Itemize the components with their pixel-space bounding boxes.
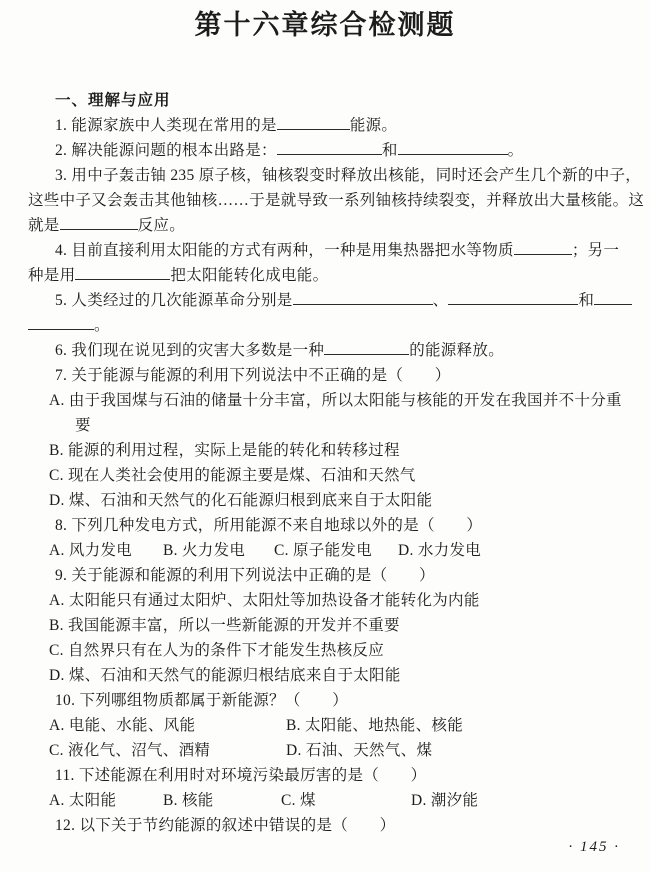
blank-field <box>60 214 138 230</box>
text-segment: 就是 <box>28 217 60 234</box>
text-segment: C. 现在人类社会使用的能源主要是煤、石油和天然气 <box>49 467 416 484</box>
text-segment: D. 煤、石油和天然气的化石能源归根到底来自于太阳能 <box>49 492 432 509</box>
question-1: 1. 能源家族中人类现在常用的是能源。 <box>55 113 642 138</box>
section-heading: 一、理解与应用 <box>55 88 642 113</box>
text-segment: 把太阳能转化成电能。 <box>170 267 328 284</box>
text-segment: 种是用 <box>28 267 75 284</box>
blank-field <box>398 139 508 155</box>
question-10-options-cd: C. 液化气、沼气、酒精D. 石油、天然气、煤 <box>49 738 642 763</box>
text-segment: 4. 目前直接利用太阳能的方式有两种，一种是用集热器把水等物质 <box>55 242 514 259</box>
blank-field <box>514 239 572 255</box>
text-segment: ；另一 <box>572 242 619 259</box>
text-segment: 12. 以下关于节约能源的叙述中错误的是（ ） <box>55 817 395 834</box>
question-6: 6. 我们现在说见到的灾害大多数是一种的能源释放。 <box>55 338 642 363</box>
text-segment: B. 太阳能、地热能、核能 <box>286 717 463 734</box>
question-3-line-1: 3. 用中子轰击铀 235 原子核，铀核裂变时释放出核能，同时还会产生几个新的中… <box>55 163 642 188</box>
text-segment: 。 <box>94 317 110 334</box>
text-segment: 、 <box>433 292 449 309</box>
option-column: C. 煤 <box>281 788 411 813</box>
question-7-option-d: D. 煤、石油和天然气的化石能源归根到底来自于太阳能 <box>49 488 642 513</box>
text-segment: 能源。 <box>350 117 397 134</box>
text-segment: 2. 解决能源问题的根本出路是： <box>55 142 277 159</box>
question-4-line-1: 4. 目前直接利用太阳能的方式有两种，一种是用集热器把水等物质；另一 <box>55 238 642 263</box>
question-9: 9. 关于能源和能源的利用下列说法中正确的是（ ） <box>55 563 642 588</box>
question-11: 11. 下述能源在利用时对环境污染最厉害的是（ ） <box>55 763 642 788</box>
question-9-option-d: D. 煤、石油和天然气的能源归根结底来自于太阳能 <box>49 663 642 688</box>
text-segment: 要 <box>75 417 91 434</box>
text-segment: B. 我国能源丰富，所以一些新能源的开发并不重要 <box>49 617 400 634</box>
question-9-option-a: A. 太阳能只有通过太阳炉、太阳灶等加热设备才能转化为内能 <box>49 588 642 613</box>
text-segment: 反应。 <box>138 217 185 234</box>
text-segment: A. 由于我国煤与石油的储量十分丰富，所以太阳能与核能的开发在我国并不十分重 <box>49 392 622 409</box>
text-segment: D. 石油、天然气、煤 <box>286 742 432 759</box>
text-segment: 6. 我们现在说见到的灾害大多数是一种 <box>55 342 324 359</box>
text-segment: 和 <box>382 142 398 159</box>
question-3-line-3: 就是反应。 <box>28 213 642 238</box>
text-segment: D. 水力发电 <box>398 542 481 559</box>
text-segment: 8. 下列几种发电方式，所用能源不来自地球以外的是（ ） <box>55 517 482 534</box>
question-10-options-ab: A. 电能、水能、风能B. 太阳能、地热能、核能 <box>49 713 642 738</box>
option-column: C. 液化气、沼气、酒精 <box>49 738 286 763</box>
text-segment: A. 太阳能只有通过太阳炉、太阳灶等加热设备才能转化为内能 <box>49 592 480 609</box>
question-5-line-1: 5. 人类经过的几次能源革命分别是、和 <box>55 288 642 313</box>
question-10: 10. 下列哪组物质都属于新能源？（ ） <box>55 688 642 713</box>
text-segment: 和 <box>578 292 594 309</box>
text-segment: 的能源释放。 <box>409 342 504 359</box>
question-7-option-a-line-2: 要 <box>75 413 642 438</box>
question-11-options: A. 太阳能B. 核能C. 煤D. 潮汐能 <box>49 788 642 813</box>
question-7-option-c: C. 现在人类社会使用的能源主要是煤、石油和天然气 <box>49 463 642 488</box>
text-segment: C. 自然界只有在人为的条件下才能发生热核反应 <box>49 642 384 659</box>
blank-field <box>28 314 94 330</box>
blank-field <box>277 139 382 155</box>
option-column: B. 火力发电 <box>163 538 274 563</box>
blank-field <box>293 289 433 305</box>
question-7-option-a-line-1: A. 由于我国煤与石油的储量十分丰富，所以太阳能与核能的开发在我国并不十分重 <box>49 388 642 413</box>
document-body: 一、理解与应用1. 能源家族中人类现在常用的是能源。2. 解决能源问题的根本出路… <box>0 88 650 838</box>
text-segment: 11. 下述能源在利用时对环境污染最厉害的是（ ） <box>55 767 426 784</box>
text-segment: 这些中子又会轰击其他铀核……于是就导致一系列铀核持续裂变，并释放出大量核能。这 <box>28 192 644 209</box>
blank-field <box>448 289 578 305</box>
text-segment: 9. 关于能源和能源的利用下列说法中正确的是（ ） <box>55 567 435 584</box>
option-column: A. 太阳能 <box>49 788 163 813</box>
text-segment: D. 煤、石油和天然气的能源归根结底来自于太阳能 <box>49 667 401 684</box>
blank-field <box>75 264 170 280</box>
question-4-line-2: 种是用把太阳能转化成电能。 <box>28 263 642 288</box>
option-column: A. 风力发电 <box>49 538 163 563</box>
option-column: B. 核能 <box>163 788 281 813</box>
text-segment: 。 <box>508 142 524 159</box>
question-7-option-b: B. 能源的利用过程，实际上是能的转化和转移过程 <box>49 438 642 463</box>
text-segment: 3. 用中子轰击铀 235 原子核，铀核裂变时释放出核能，同时还会产生几个新的中… <box>55 167 641 184</box>
text-segment: 一、理解与应用 <box>55 92 171 109</box>
text-segment: 7. 关于能源与能源的利用下列说法中不正确的是（ ） <box>55 367 451 384</box>
text-segment: 10. 下列哪组物质都属于新能源？（ ） <box>55 692 348 709</box>
blank-field <box>324 339 409 355</box>
question-9-option-c: C. 自然界只有在人为的条件下才能发生热核反应 <box>49 638 642 663</box>
option-column: C. 原子能发电 <box>274 538 398 563</box>
page-title: 第十六章综合检测题 <box>0 8 650 42</box>
question-7: 7. 关于能源与能源的利用下列说法中不正确的是（ ） <box>55 363 642 388</box>
document-page: 第十六章综合检测题 一、理解与应用1. 能源家族中人类现在常用的是能源。2. 解… <box>0 0 650 872</box>
question-3-line-2: 这些中子又会轰击其他铀核……于是就导致一系列铀核持续裂变，并释放出大量核能。这 <box>28 188 642 213</box>
text-segment: B. 能源的利用过程，实际上是能的转化和转移过程 <box>49 442 400 459</box>
question-8-options: A. 风力发电B. 火力发电C. 原子能发电D. 水力发电 <box>49 538 642 563</box>
question-5-line-2: 。 <box>28 313 642 338</box>
question-2: 2. 解决能源问题的根本出路是：和。 <box>55 138 642 163</box>
question-12: 12. 以下关于节约能源的叙述中错误的是（ ） <box>55 813 642 838</box>
blank-field <box>594 289 632 305</box>
text-segment: 5. 人类经过的几次能源革命分别是 <box>55 292 293 309</box>
option-column: A. 电能、水能、风能 <box>49 713 286 738</box>
text-segment: D. 潮汐能 <box>411 792 478 809</box>
text-segment: 1. 能源家族中人类现在常用的是 <box>55 117 277 134</box>
page-number: · 145 · <box>569 839 621 856</box>
blank-field <box>277 114 350 130</box>
question-8: 8. 下列几种发电方式，所用能源不来自地球以外的是（ ） <box>55 513 642 538</box>
question-9-option-b: B. 我国能源丰富，所以一些新能源的开发并不重要 <box>49 613 642 638</box>
